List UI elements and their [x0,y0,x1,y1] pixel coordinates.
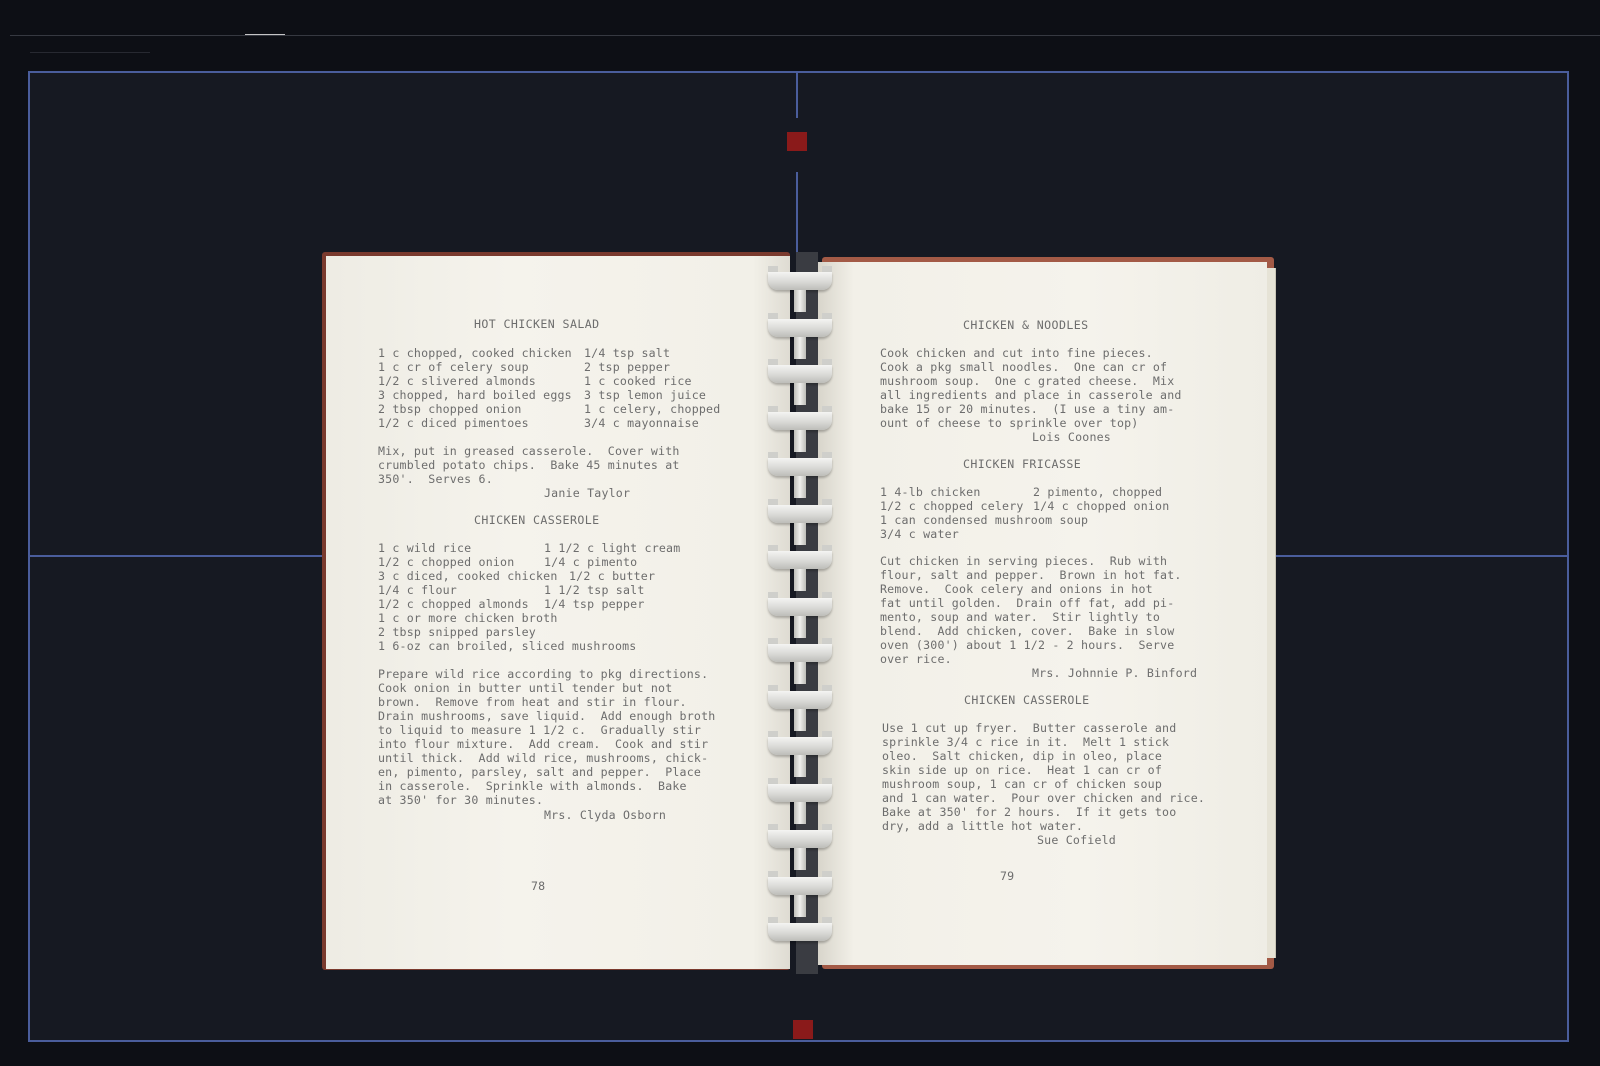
direction-line: sprinkle 3/4 c rice in it. Melt 1 stick [882,735,1169,749]
direction-line: until thick. Add wild rice, mushrooms, c… [378,751,708,765]
ingredient: 1 c wild rice [378,541,471,555]
direction-line: flour, salt and pepper. Brown in hot fat… [880,568,1182,582]
direction-line: mushroom soup, 1 can cr of chicken soup [882,777,1162,791]
ingredient: 1 c cr of celery soup [378,360,529,374]
ingredient: 2 tsp pepper [584,360,670,374]
spiral-binding [762,252,842,974]
page-number: 78 [531,879,545,893]
direction-line: Use 1 cut up fryer. Butter casserole and [882,721,1176,735]
spiral-coil [768,543,832,573]
direction-line: to liquid to measure 1 1/2 c. Gradually … [378,723,701,737]
horizontal-guide-left [30,555,325,557]
ingredient: 1 c celery, chopped [584,402,720,416]
ingredient: 1/2 c butter [569,569,655,583]
horizontal-guide-right [1275,555,1567,557]
recipe-title: CHICKEN & NOODLES [963,318,1088,332]
direction-line: fat until golden. Drain off fat, add pi- [880,596,1174,610]
recipe-title: CHICKEN CASSEROLE [964,693,1089,707]
recipe-author: Janie Taylor [544,486,630,500]
recipe-author: Mrs. Johnnie P. Binford [1032,666,1197,680]
direction-line: mento, soup and water. Stir lightly to [880,610,1160,624]
ingredient: 1 c chopped, cooked chicken [378,346,572,360]
ingredient: 1/4 c chopped onion [1033,499,1169,513]
spiral-coil [768,869,832,899]
recipe-title: HOT CHICKEN SALAD [474,317,599,331]
spiral-coil [768,729,832,759]
scan-artifact-line [30,52,150,53]
direction-line: Cook a pkg small noodles. One can cr of [880,360,1167,374]
direction-line: over rice. [880,652,952,666]
direction-line: bake 15 or 20 minutes. (I use a tiny am- [880,402,1174,416]
spiral-coil [768,590,832,620]
ingredient: 1/2 c chopped onion [378,555,514,569]
direction-line: mushroom soup. One c grated cheese. Mix [880,374,1174,388]
ingredient: 2 pimento, chopped [1033,485,1162,499]
page-stack-edge [1266,268,1276,958]
scan-artifact-line [10,35,1600,36]
direction-line: oven (300') about 1 1/2 - 2 hours. Serve [880,638,1174,652]
direction-line: Cook onion in butter until tender but no… [378,681,672,695]
spiral-coil [768,776,832,806]
recipe-title: CHICKEN FRICASSE [963,457,1081,471]
ingredient: 1 6-oz can broiled, sliced mushrooms [378,639,636,653]
bottom-guide-right [833,1040,1569,1042]
recipe-author: Mrs. Clyda Osborn [544,808,666,822]
ingredient: 1 1/2 tsp salt [544,583,645,597]
ingredient: 1 c or more chicken broth [378,611,558,625]
ingredient: 1/2 c diced pimentoes [378,416,529,430]
direction-line: dry, add a little hot water. [882,819,1083,833]
spiral-coil [768,450,832,480]
ingredient: 3 tsp lemon juice [584,388,706,402]
direction-line: brown. Remove from heat and stir in flou… [378,695,687,709]
center-marker-top [787,132,807,151]
spiral-coil [768,311,832,341]
recipe-author: Lois Coones [1032,430,1111,444]
ingredient: 1/2 c chopped almonds [378,597,529,611]
spiral-coil [768,357,832,387]
direction-line: and 1 can water. Pour over chicken and r… [882,791,1205,805]
direction-line: all ingredients and place in casserole a… [880,388,1182,402]
ingredient: 3/4 c water [880,527,959,541]
vertical-guide-top [796,73,798,118]
direction-line: crumbled potato chips. Bake 45 minutes a… [378,458,680,472]
ingredient: 2 tbsp snipped parsley [378,625,536,639]
spiral-coil [768,404,832,434]
direction-line: at 350' for 30 minutes. [378,793,543,807]
direction-line: 350'. Serves 6. [378,472,493,486]
ingredient: 1/2 c slivered almonds [378,374,536,388]
direction-line: Remove. Cook celery and onions in hot [880,582,1153,596]
ingredient: 1 c cooked rice [584,374,692,388]
bottom-guide-left [30,1040,775,1042]
direction-line: Drain mushrooms, save liquid. Add enough… [378,709,715,723]
spiral-coil [768,915,832,945]
direction-line: oleo. Salt chicken, dip in oleo, place [882,749,1162,763]
ingredient: 1 1/2 c light cream [544,541,680,555]
direction-line: Cut chicken in serving pieces. Rub with [880,554,1167,568]
open-cookbook: HOT CHICKEN SALAD 1 c chopped, cooked ch… [322,252,1277,974]
ingredient: 1/2 c chopped celery [880,499,1024,513]
center-marker-bottom [793,1020,813,1039]
page-79: CHICKEN & NOODLES Cook chicken and cut i… [818,262,1267,965]
direction-line: ount of cheese to sprinkle over top) [880,416,1138,430]
ingredient: 1 can condensed mushroom soup [880,513,1088,527]
spiral-coil [768,497,832,527]
scan-artifact-line [245,34,285,35]
direction-line: Cook chicken and cut into fine pieces. [880,346,1153,360]
direction-line: blend. Add chicken, cover. Bake in slow [880,624,1174,638]
direction-line: en, pimento, parsley, salt and pepper. P… [378,765,701,779]
spiral-coil [768,683,832,713]
recipe-title: CHICKEN CASSEROLE [474,513,599,527]
ingredient: 3 c diced, cooked chicken [378,569,558,583]
ingredient: 1 4-lb chicken [880,485,981,499]
recipe-author: Sue Cofield [1037,833,1116,847]
direction-line: into flour mixture. Add cream. Cook and … [378,737,708,751]
direction-line: Bake at 350' for 2 hours. If it gets too [882,805,1176,819]
page-number: 79 [1000,869,1014,883]
spiral-coil [768,822,832,852]
ingredient: 1/4 tsp salt [584,346,670,360]
spiral-coil [768,636,832,666]
ingredient: 3 chopped, hard boiled eggs [378,388,572,402]
direction-line: in casserole. Sprinkle with almonds. Bak… [378,779,687,793]
ingredient: 1/4 c flour [378,583,457,597]
ingredient: 1/4 tsp pepper [544,597,645,611]
direction-line: Mix, put in greased casserole. Cover wit… [378,444,680,458]
direction-line: Prepare wild rice according to pkg direc… [378,667,708,681]
ingredient: 1/4 c pimento [544,555,637,569]
page-78: HOT CHICKEN SALAD 1 c chopped, cooked ch… [326,256,790,969]
direction-line: skin side up on rice. Heat 1 can cr of [882,763,1162,777]
ingredient: 2 tbsp chopped onion [378,402,522,416]
ingredient: 3/4 c mayonnaise [584,416,699,430]
spiral-coil [768,264,832,294]
